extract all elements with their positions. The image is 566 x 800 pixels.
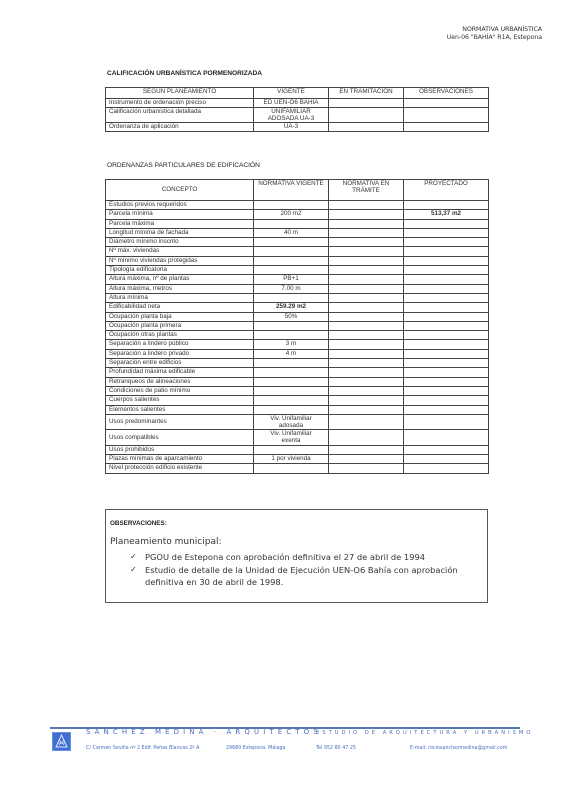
observaciones-title: OBSERVACIONES: <box>110 520 167 527</box>
cell-proyectado <box>404 359 489 368</box>
table-row: Estudios previos requeridos <box>106 201 489 210</box>
table-row: Retranqueos de alineaciones <box>106 377 489 386</box>
table-row: Nivel protección edificio existente <box>106 464 489 473</box>
cell-vigente <box>254 293 329 302</box>
cell-tramite <box>329 359 404 368</box>
cell-tramite <box>329 284 404 293</box>
cell-proyectado <box>404 219 489 228</box>
table-row: Usos compatiblesViv. Unifamiliar exenta <box>106 430 489 445</box>
col-header: VIGENTE <box>254 88 329 99</box>
cell-proyectado <box>404 340 489 349</box>
table-row: Altura mínima <box>106 293 489 302</box>
table-row: Edificabilidad neta259.29 m2 <box>106 303 489 312</box>
table-row: Elementos salientes <box>106 405 489 414</box>
cell-tramite <box>329 368 404 377</box>
studio-tagline: ESTUDIO DE ARQUITECTURA Y URBANISMO <box>316 730 534 736</box>
cell-vigente: ED UEN-O6 BAHIA <box>254 99 329 108</box>
cell-proyectado <box>404 414 489 429</box>
firm-name: SÁNCHEZ MEDINA · ARQUITECTOS <box>86 728 322 736</box>
cell-proyectado <box>404 464 489 473</box>
cell-tramite <box>329 247 404 256</box>
header-subtitle: Uen-06 "BAHÍA" R1A, Estepona <box>447 34 542 42</box>
cell-observaciones <box>404 108 489 123</box>
cell-tramite <box>329 238 404 247</box>
cell-tramite <box>329 321 404 330</box>
cell-vigente: 259.29 m2 <box>254 303 329 312</box>
cell-vigente <box>254 359 329 368</box>
cell-label: Separación entre edificios <box>106 359 254 368</box>
cell-label: Altura mínima <box>106 293 254 302</box>
footer-email: E-mail: rociosanchezmedina@gmail.com <box>410 746 507 751</box>
cell-vigente <box>254 201 329 210</box>
cell-tramitacion <box>329 123 404 132</box>
cell-label: Tipología edificatoria <box>106 266 254 275</box>
footer-address: C/ Carmen Sevilla nº 2 Edif. Peñas Blanc… <box>86 746 199 751</box>
cell-label: Nº mínimo viviendas protegidas <box>106 256 254 265</box>
cell-proyectado <box>404 303 489 312</box>
table-row: Condiciones de patio mínimo <box>106 386 489 395</box>
cell-tramite <box>329 349 404 358</box>
table-row: Calificación urbanística detalladaUNIFAM… <box>106 108 489 123</box>
list-item: ✓ Estudio de detalle de la Unidad de Eje… <box>130 564 480 589</box>
cell-label: Instrumento de ordenación preciso <box>106 99 254 108</box>
cell-proyectado <box>404 405 489 414</box>
cell-proyectado <box>404 396 489 405</box>
section1-title: CALIFICACIÓN URBANÍSTICA PORMENORIZADA <box>107 70 262 77</box>
cell-label: Usos predominantes <box>106 414 254 429</box>
cell-observaciones <box>404 99 489 108</box>
cell-tramite <box>329 430 404 445</box>
col-header: NORMATIVA EN TRÁMITE <box>329 180 404 201</box>
cell-tramite <box>329 210 404 219</box>
cell-tramite <box>329 340 404 349</box>
table-row: Tipología edificatoria <box>106 266 489 275</box>
cell-vigente: UNIFAMILIAR ADOSADA UA-3 <box>254 108 329 123</box>
cell-vigente: 40 m <box>254 228 329 237</box>
cell-proyectado: 513,37 m2 <box>404 210 489 219</box>
cell-label: Diámetro mínimo inscrito <box>106 238 254 247</box>
cell-proyectado <box>404 321 489 330</box>
cell-vigente <box>254 377 329 386</box>
cell-vigente <box>254 396 329 405</box>
cell-proyectado <box>404 293 489 302</box>
cell-tramite <box>329 201 404 210</box>
cell-tramite <box>329 454 404 463</box>
cell-proyectado <box>404 238 489 247</box>
list-item: ✓ PGOU de Estepona con aprobación defini… <box>130 551 480 564</box>
header-title: NORMATIVA URBANÍSTICA <box>447 26 542 34</box>
cell-vigente: Viv. Unifamiliar exenta <box>254 430 329 445</box>
cell-label: Plazas mínimas de aparcamiento <box>106 454 254 463</box>
cell-tramite <box>329 275 404 284</box>
cell-proyectado <box>404 275 489 284</box>
table-row: Instrumento de ordenación precisoED UEN-… <box>106 99 489 108</box>
cell-label: Ocupación otras plantas <box>106 331 254 340</box>
cell-label: Parcela mínima <box>106 210 254 219</box>
cell-tramite <box>329 386 404 395</box>
cell-vigente: 200 m2 <box>254 210 329 219</box>
cell-label: Retranqueos de alineaciones <box>106 377 254 386</box>
footer-phone: Tel 952 80 47 25 <box>316 746 356 751</box>
checkmark-icon: ✓ <box>130 564 137 577</box>
col-header: CONCEPTO <box>106 180 254 201</box>
table-row: Ocupación planta primera <box>106 321 489 330</box>
cell-tramite <box>329 377 404 386</box>
cell-vigente <box>254 219 329 228</box>
cell-proyectado <box>404 228 489 237</box>
cell-vigente <box>254 238 329 247</box>
cell-vigente <box>254 256 329 265</box>
cell-vigente <box>254 331 329 340</box>
cell-vigente: 4 m <box>254 349 329 358</box>
cell-vigente: 3 m <box>254 340 329 349</box>
cell-proyectado <box>404 445 489 454</box>
cell-proyectado <box>404 386 489 395</box>
cell-vigente <box>254 247 329 256</box>
col-header: PROYECTADO <box>404 180 489 201</box>
cell-vigente <box>254 321 329 330</box>
firm-logo-icon <box>52 732 71 751</box>
cell-label: Longitud mínima de fachada <box>106 228 254 237</box>
cell-label: Condiciones de patio mínimo <box>106 386 254 395</box>
cell-proyectado <box>404 349 489 358</box>
table-row: Usos prohibidos <box>106 445 489 454</box>
cell-vigente <box>254 445 329 454</box>
cell-label: Ordenanza de aplicación <box>106 123 254 132</box>
cell-proyectado <box>404 247 489 256</box>
cell-proyectado <box>404 430 489 445</box>
cell-vigente <box>254 386 329 395</box>
cell-label: Cuerpos salientes <box>106 396 254 405</box>
cell-tramite <box>329 293 404 302</box>
table-row: Cuerpos salientes <box>106 396 489 405</box>
col-header: EN TRAMITACION <box>329 88 404 99</box>
cell-tramite <box>329 266 404 275</box>
cell-label: Nivel protección edificio existente <box>106 464 254 473</box>
cell-tramite <box>329 331 404 340</box>
cell-proyectado <box>404 201 489 210</box>
cell-vigente <box>254 464 329 473</box>
calificacion-table: SEGÚN PLANEAMIENTO VIGENTE EN TRAMITACIO… <box>105 87 489 132</box>
cell-label: Altura máxima, metros <box>106 284 254 293</box>
ordenanzas-table: CONCEPTO NORMATIVA VIGENTE NORMATIVA EN … <box>105 179 489 474</box>
table-row: Profundidad máxima edificable <box>106 368 489 377</box>
table-row: Longitud mínima de fachada40 m <box>106 228 489 237</box>
cell-tramite <box>329 414 404 429</box>
cell-vigente: 1 por vivienda <box>254 454 329 463</box>
cell-vigente: 50% <box>254 312 329 321</box>
cell-label: Ocupación planta baja <box>106 312 254 321</box>
observaciones-box: OBSERVACIONES: Planeamiento municipal: ✓… <box>105 509 488 603</box>
cell-label: Separación a lindero público <box>106 340 254 349</box>
section2-title: ORDENANZAS PARTICULARES DE EDIFICACIÓN <box>107 162 260 169</box>
cell-label: Separación a lindero privado <box>106 349 254 358</box>
cell-label: Nº máx. viviendas <box>106 247 254 256</box>
cell-label: Usos compatibles <box>106 430 254 445</box>
cell-proyectado <box>404 454 489 463</box>
cell-label: Ocupación planta primera <box>106 321 254 330</box>
table-row: Separación entre edificios <box>106 359 489 368</box>
cell-tramite <box>329 219 404 228</box>
table-row: Separación a lindero público3 m <box>106 340 489 349</box>
cell-proyectado <box>404 266 489 275</box>
table-row: Ordenanza de aplicaciónUA-3 <box>106 123 489 132</box>
cell-proyectado <box>404 284 489 293</box>
cell-tramite <box>329 405 404 414</box>
table-row: Nº mínimo viviendas protegidas <box>106 256 489 265</box>
cell-label: Altura máxima, nº de plantas <box>106 275 254 284</box>
checkmark-icon: ✓ <box>130 551 137 564</box>
table-row: Altura máxima, metros7.00 m <box>106 284 489 293</box>
cell-label: Edificabilidad neta <box>106 303 254 312</box>
cell-proyectado <box>404 312 489 321</box>
cell-tramitacion <box>329 99 404 108</box>
page-header: NORMATIVA URBANÍSTICA Uen-06 "BAHÍA" R1A… <box>447 26 542 42</box>
table-row: Nº máx. viviendas <box>106 247 489 256</box>
cell-vigente: 7.00 m <box>254 284 329 293</box>
cell-label: Estudios previos requeridos <box>106 201 254 210</box>
cell-proyectado <box>404 377 489 386</box>
col-header: NORMATIVA VIGENTE <box>254 180 329 201</box>
cell-vigente: PB+1 <box>254 275 329 284</box>
table-row: Separación a lindero privado4 m <box>106 349 489 358</box>
cell-vigente: UA-3 <box>254 123 329 132</box>
cell-tramite <box>329 228 404 237</box>
cell-label: Calificación urbanística detallada <box>106 108 254 123</box>
cell-tramite <box>329 303 404 312</box>
footer-city: 29680 Estepona. Málaga <box>226 746 286 751</box>
cell-vigente <box>254 405 329 414</box>
cell-vigente <box>254 368 329 377</box>
table-row: Altura máxima, nº de plantasPB+1 <box>106 275 489 284</box>
cell-observaciones <box>404 123 489 132</box>
col-header: OBSERVACIONES <box>404 88 489 99</box>
cell-tramite <box>329 464 404 473</box>
table-row: Ocupación otras plantas <box>106 331 489 340</box>
observaciones-subtitle: Planeamiento municipal: <box>110 537 222 547</box>
cell-tramitacion <box>329 108 404 123</box>
cell-tramite <box>329 312 404 321</box>
cell-label: Usos prohibidos <box>106 445 254 454</box>
table-row: Parcela mínima200 m2513,37 m2 <box>106 210 489 219</box>
list-item-text: Estudio de detalle de la Unidad de Ejecu… <box>145 565 458 588</box>
cell-tramite <box>329 445 404 454</box>
list-item-text: PGOU de Estepona con aprobación definiti… <box>145 552 425 562</box>
cell-vigente: Viv. Unifamiliar adosada <box>254 414 329 429</box>
col-header: SEGÚN PLANEAMIENTO <box>106 88 254 99</box>
table-row: Parcela máxima <box>106 219 489 228</box>
cell-label: Profundidad máxima edificable <box>106 368 254 377</box>
cell-proyectado <box>404 256 489 265</box>
table-row: Usos predominantesViv. Unifamiliar adosa… <box>106 414 489 429</box>
cell-label: Parcela máxima <box>106 219 254 228</box>
table-row: Ocupación planta baja50% <box>106 312 489 321</box>
cell-tramite <box>329 256 404 265</box>
table-row: Plazas mínimas de aparcamiento1 por vivi… <box>106 454 489 463</box>
cell-proyectado <box>404 331 489 340</box>
cell-vigente <box>254 266 329 275</box>
cell-label: Elementos salientes <box>106 405 254 414</box>
cell-tramite <box>329 396 404 405</box>
cell-proyectado <box>404 368 489 377</box>
table-row: Diámetro mínimo inscrito <box>106 238 489 247</box>
observaciones-list: ✓ PGOU de Estepona con aprobación defini… <box>130 551 480 589</box>
